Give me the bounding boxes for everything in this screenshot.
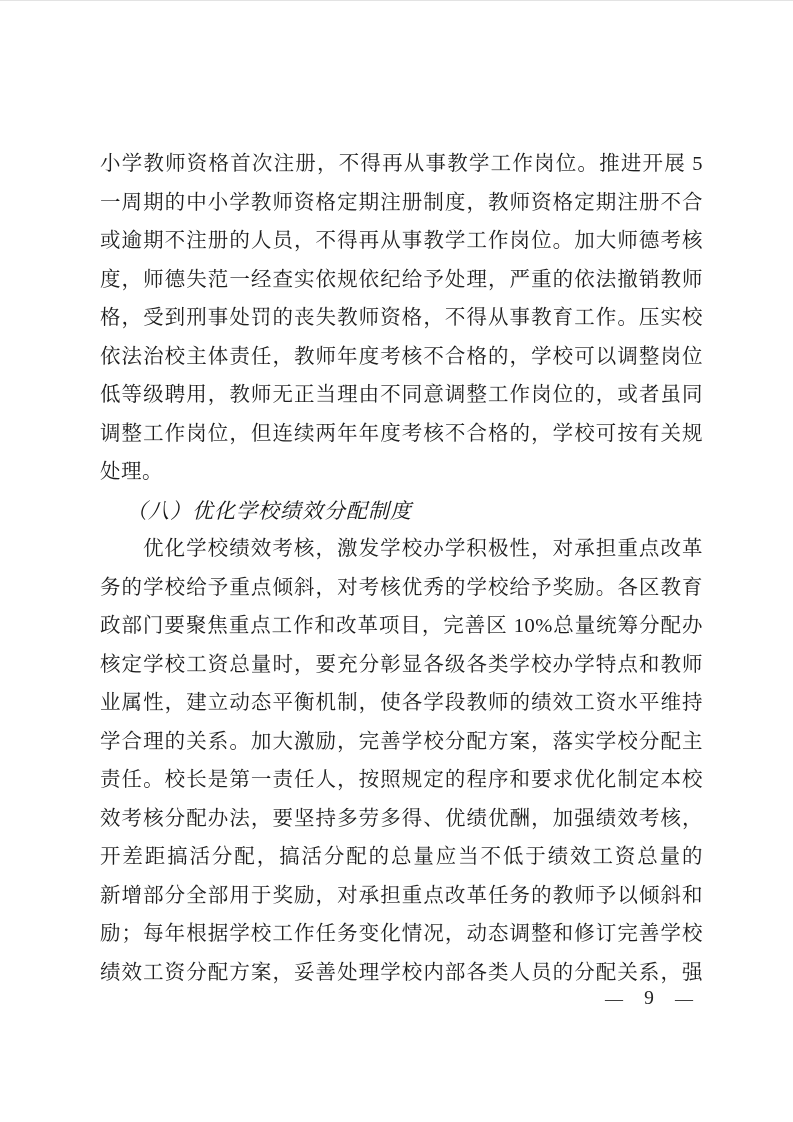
text-line: 业属性，建立动态平衡机制，使各学段教师的绩效工资水平维持科: [100, 686, 703, 725]
text-line: 或逾期不注册的人员，不得再从事教学工作岗位。加大师德考核力: [100, 224, 703, 263]
text-line: 优化学校绩效考核，激发学校办学积极性，对承担重点改革任: [100, 532, 703, 571]
text-line: 务的学校给予重点倾斜，对考核优秀的学校给予奖励。各区教育行: [100, 571, 703, 610]
section-heading: （八）优化学校绩效分配制度: [100, 494, 703, 533]
paragraph-2: 优化学校绩效考核，激发学校办学积极性，对承担重点改革任务的学校给予重点倾斜，对考…: [100, 532, 703, 994]
footer-dash-right: —: [675, 989, 693, 1010]
text-line: 核定学校工资总量时，要充分彰显各级各类学校办学特点和教师职: [100, 648, 703, 687]
paragraph-1: 小学教师资格首次注册，不得再从事教学工作岗位。推进开展 5 年一周期的中小学教师…: [100, 147, 703, 494]
text-line: 处理。: [100, 455, 703, 494]
text-line: 一周期的中小学教师资格定期注册制度，教师资格定期注册不合格: [100, 186, 703, 225]
text-line: 励；每年根据学校工作任务变化情况，动态调整和修订完善学校的: [100, 917, 703, 956]
text-line: 开差距搞活分配，搞活分配的总量应当不低于绩效工资总量的 50%；: [100, 840, 703, 879]
text-line: 学合理的关系。加大激励，完善学校分配方案，落实学校分配主体: [100, 725, 703, 764]
text-line: 调整工作岗位，但连续两年年度考核不合格的，学校可按有关规定: [100, 417, 703, 456]
page-footer: — 9 —: [605, 987, 693, 1011]
text-line: 新增部分全部用于奖励，对承担重点改革任务的教师予以倾斜和奖: [100, 879, 703, 918]
page-number: 9: [644, 988, 654, 1010]
text-line: 度，师德失范一经查实依规依纪给予处理，严重的依法撤销教师资: [100, 263, 703, 302]
document-page: 小学教师资格首次注册，不得再从事教学工作岗位。推进开展 5 年一周期的中小学教师…: [0, 0, 793, 1122]
text-line: 依法治校主体责任，教师年度考核不合格的，学校可以调整岗位或: [100, 340, 703, 379]
text-line: 小学教师资格首次注册，不得再从事教学工作岗位。推进开展 5 年: [100, 147, 703, 186]
text-line: 格，受到刑事处罚的丧失教师资格，不得从事教育工作。压实校长: [100, 301, 703, 340]
text-line: 低等级聘用，教师无正当理由不同意调整工作岗位的，或者虽同意: [100, 378, 703, 417]
text-line: 政部门要聚焦重点工作和改革项目，完善区 10%总量统筹分配办法，: [100, 609, 703, 648]
body-text: 小学教师资格首次注册，不得再从事教学工作岗位。推进开展 5 年一周期的中小学教师…: [100, 147, 703, 994]
footer-dash-left: —: [605, 989, 623, 1010]
text-line: 效考核分配办法，要坚持多劳多得、优绩优酬，加强绩效考核，拉: [100, 802, 703, 841]
text-line: 责任。校长是第一责任人，按照规定的程序和要求优化制定本校绩: [100, 763, 703, 802]
